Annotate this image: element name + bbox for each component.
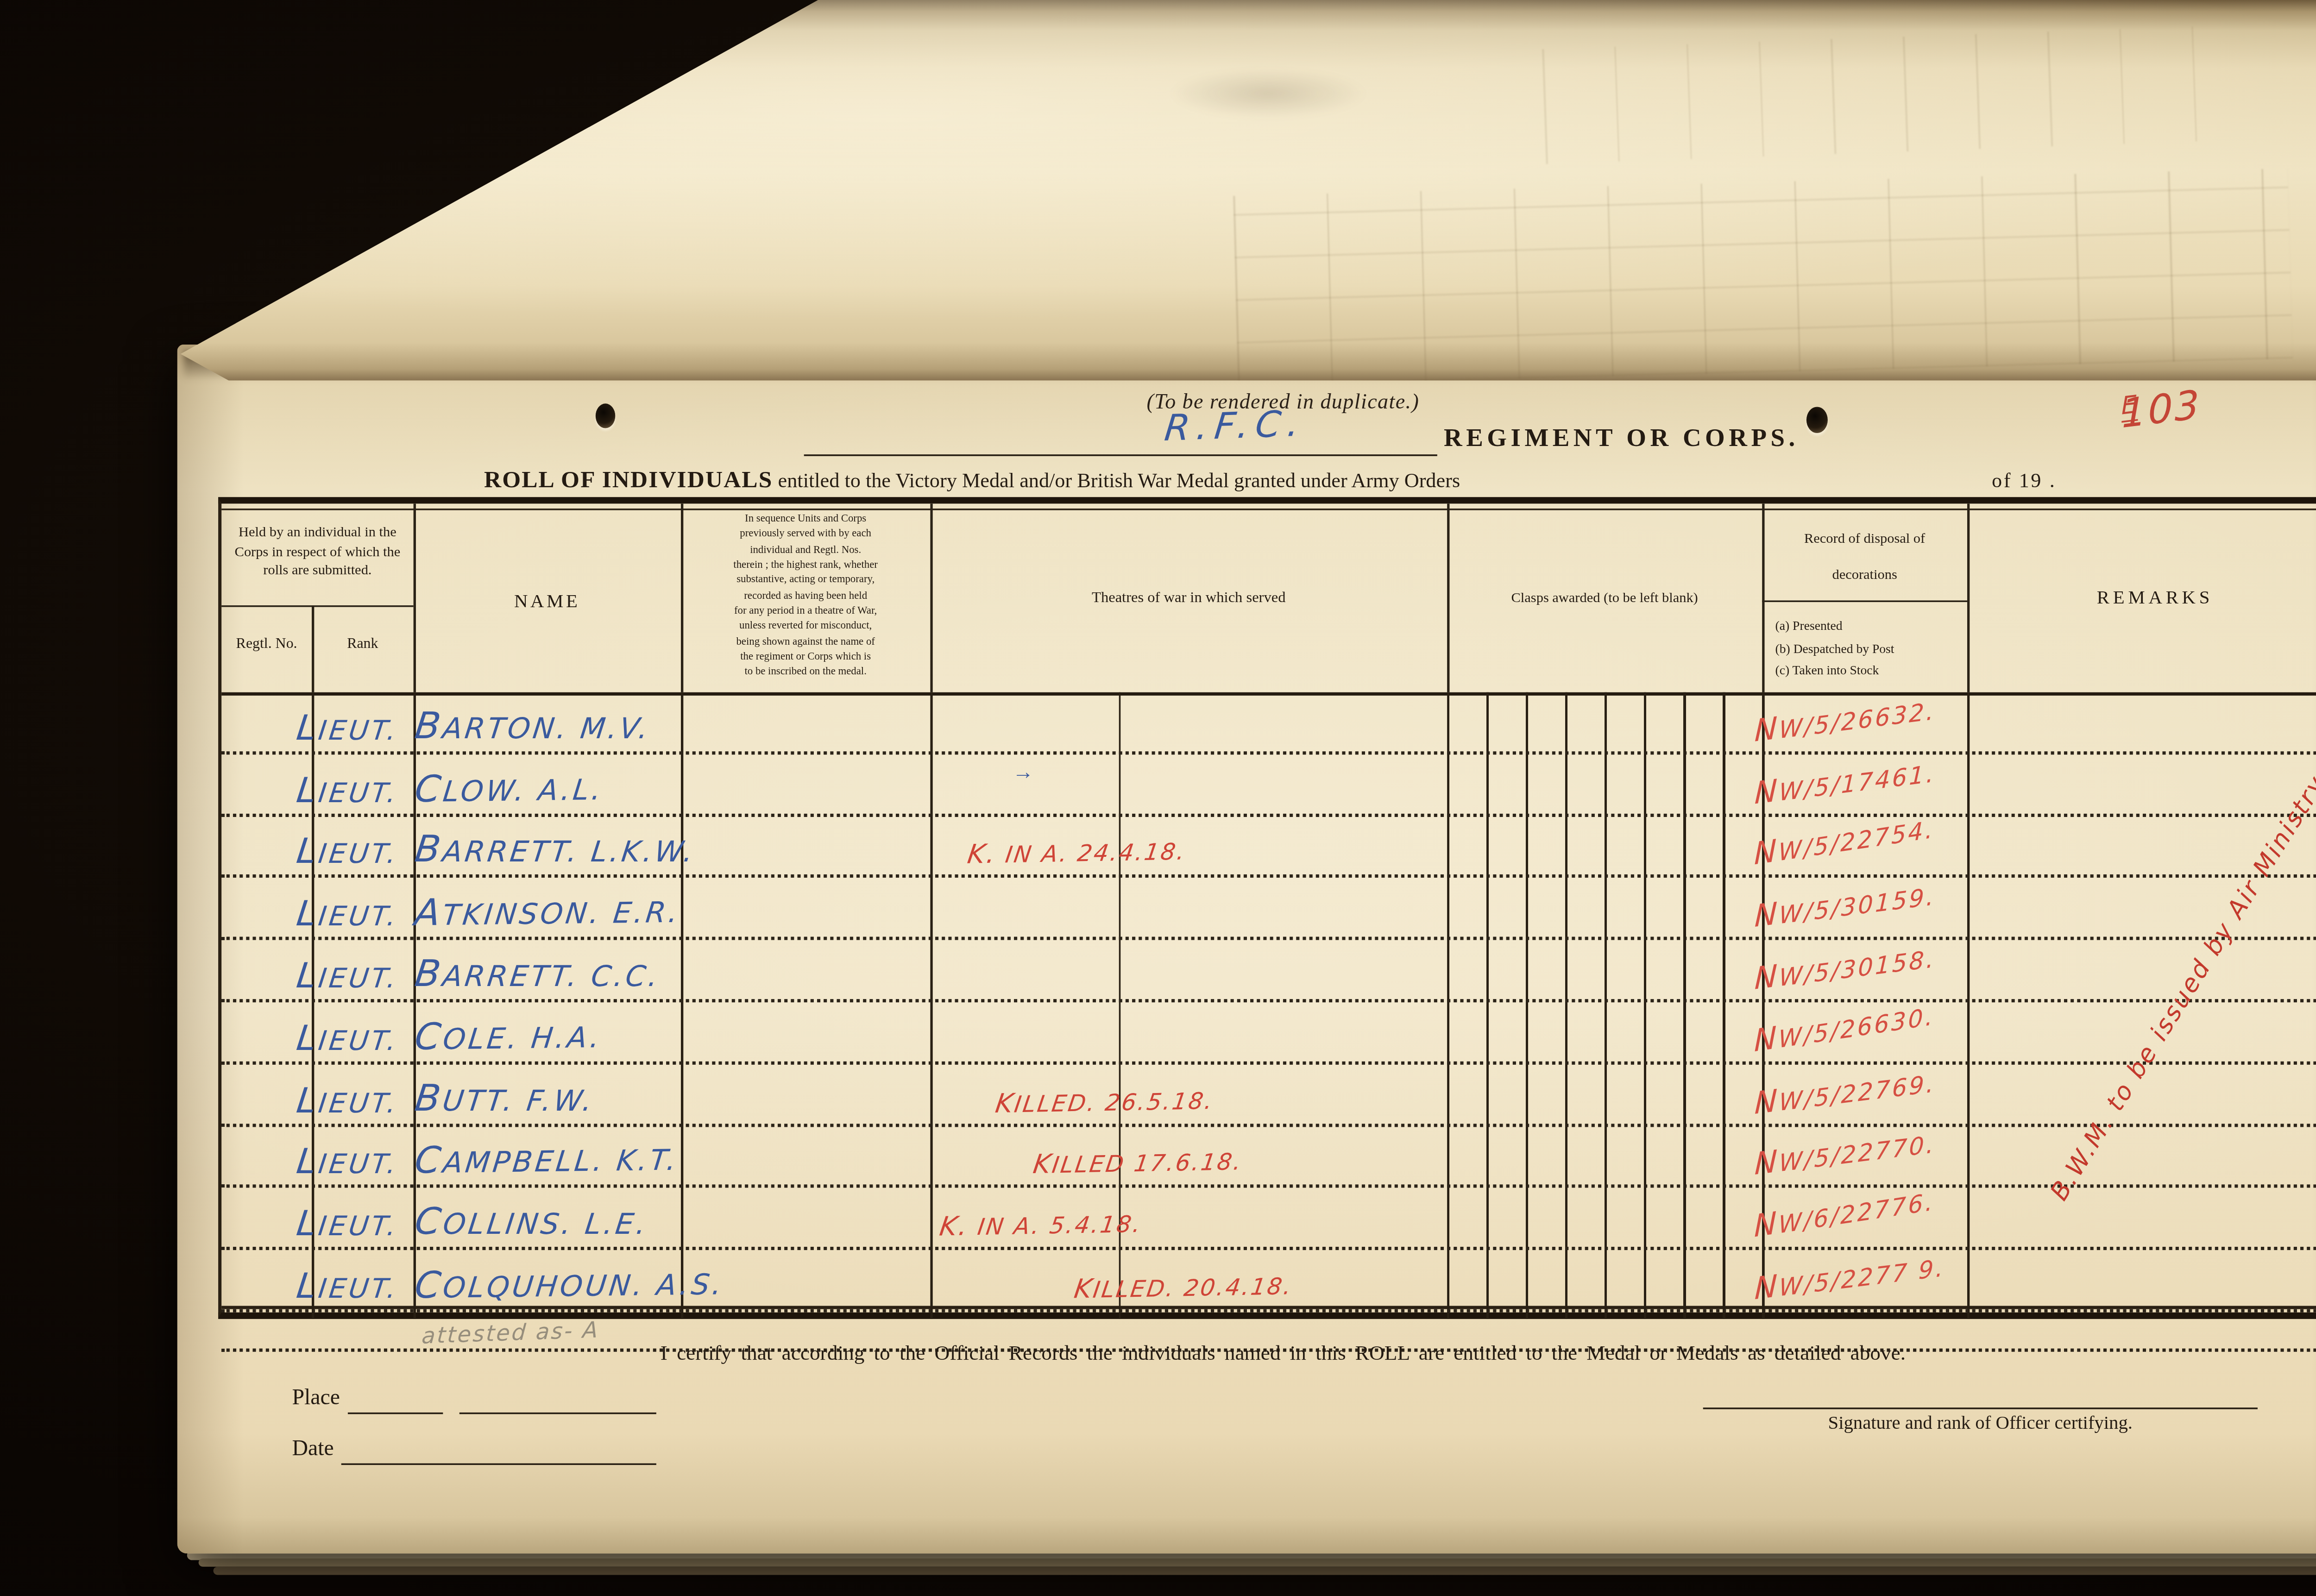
row-casualty-note: Killed 17.6.18. (1031, 1145, 1245, 1180)
row-disposal-number: NW/5/22770. (1754, 1126, 1936, 1183)
roll-title-rest: entitled to the Victory Medal and/or Bri… (773, 469, 1460, 492)
held-by-heading: Held by an individual in the Corps in re… (228, 523, 407, 580)
row-rank: Lieut. (295, 1079, 402, 1120)
corps-handwritten-value: R.F.C. (1163, 404, 1308, 450)
row-disposal-number: NW/6/22776. (1754, 1184, 1935, 1246)
roll-row-1: Lieut. Barton. M.V. NW/5/26632. (221, 692, 2316, 754)
sheet-number-value: 103 (2121, 382, 2201, 438)
corps-underline (804, 454, 1437, 456)
row-disposal-number: NW/5/17461. (1754, 754, 1936, 811)
row-name: Barton. M.V. (412, 705, 653, 748)
roll-title: ROLL OF INDIVIDUALS entitled to the Vict… (484, 466, 2125, 496)
row-casualty-note: Killed. 26.5.18. (994, 1083, 1216, 1118)
row-name: Collins. L.E. (412, 1201, 651, 1244)
row-rank: Lieut. (295, 955, 402, 996)
row-disposal-number: NW/5/22754. (1754, 811, 1935, 873)
date-label: Date (292, 1435, 334, 1462)
rank-column-label: Rank (312, 635, 414, 651)
medal-roll-page: OFF/168 (To be rendered in duplicate.) R… (177, 345, 2316, 1554)
disposal-heading-line2: decorations (1762, 566, 1967, 582)
page-stack-edge (199, 1558, 2316, 1567)
disposal-heading-line1: Record of disposal of (1762, 530, 1967, 546)
row-casualty-note: K. in A. 24.4.18. (965, 836, 1188, 870)
punch-hole-left (596, 403, 616, 428)
signature-blank-line (1703, 1407, 2258, 1409)
row-rank: Lieut. (295, 831, 402, 872)
date-blank-line (341, 1464, 656, 1465)
row-disposal-number: NW/5/2277 9. (1754, 1249, 1946, 1307)
disposal-items: (a) Presented (b) Despatched by Post (c)… (1775, 615, 1967, 681)
punch-hole-right (1806, 407, 1828, 433)
place-label: Place (292, 1385, 340, 1411)
place-blank-line (459, 1413, 656, 1414)
roll-row-3: Lieut. Barrett. L.K.W. K. in A. 24.4.18.… (221, 817, 2316, 879)
ghost-ledger-columns (1234, 169, 2293, 387)
roll-row-4: Lieut. Atkinson. E.R. NW/5/30159. (221, 878, 2316, 940)
regtl-no-column-label: Regtl. No. (221, 635, 312, 651)
row-name: Barrett. L.K.W. (412, 829, 698, 872)
ghost-ledger-columns (1542, 26, 2205, 163)
row-rank: Lieut. (295, 1203, 402, 1244)
units-note-heading: In sequence Units and Corps previously s… (684, 512, 927, 680)
row-disposal-number: NW/5/26630. (1754, 998, 1935, 1060)
row-disposal-number: NW/5/30159. (1754, 878, 1936, 935)
place-blank-line (348, 1413, 443, 1414)
roll-row-2: Lieut. Clow. A.L. → NW/5/17461. (221, 754, 2316, 817)
row-name: Colquhoun. A.S. (413, 1261, 727, 1307)
signature-label: Signature and rank of Officer certifying… (1703, 1414, 2258, 1434)
row-name: Clow. A.L. (413, 766, 606, 811)
curled-page-top (181, 0, 2316, 381)
certification-statement: I certify that according to the Official… (177, 1342, 2316, 1366)
roll-row-8: Lieut. Campbell. K.T. Killed 17.6.18. NW… (221, 1126, 2316, 1188)
roll-row-7: Lieut. Butt. F.W. Killed. 26.5.18. NW/5/… (221, 1064, 2316, 1126)
of-pages-label: of 19 . (1992, 469, 2056, 494)
row-name: Atkinson. E.R. (413, 890, 683, 936)
paper-smudge (1170, 69, 1367, 118)
row-disposal-number: NW/5/30158. (1754, 940, 1936, 997)
row-rank: Lieut. (295, 769, 402, 810)
row-rank: Lieut. (295, 893, 402, 934)
row-name: Cole. H.A. (413, 1014, 604, 1059)
theatres-column-label: Theatres of war in which served (930, 589, 1447, 605)
row-rank: Lieut. (295, 707, 402, 748)
name-column-label: NAME (414, 592, 681, 612)
sheet-number: 103E (2121, 389, 2139, 439)
table-header: Held by an individual in the Corps in re… (221, 503, 2316, 695)
row-casualty-note: K. in A. 5.4.18. (938, 1207, 1144, 1242)
row-disposal-number: NW/5/22769. (1754, 1064, 1936, 1121)
row-disposal-number: NW/5/26632. (1754, 692, 1936, 749)
row-arrow-mark: → (1012, 759, 1033, 785)
row-name: Butt. F.W. (412, 1077, 597, 1120)
row-name: Barrett. C.C. (412, 953, 663, 996)
roll-row-5: Lieut. Barrett. C.C. NW/5/30158. (221, 940, 2316, 1002)
book-photo-stage: OFF/168 (To be rendered in duplicate.) R… (0, 0, 2316, 1596)
page-stack-edge (213, 1567, 2316, 1575)
row-rank: Lieut. (295, 1141, 402, 1182)
roll-rows: Lieut. Barton. M.V. NW/5/26632. Lieut. C… (221, 692, 2316, 1319)
row-name: Campbell. K.T. (413, 1137, 681, 1183)
row-rank: Lieut. (295, 1265, 402, 1306)
roll-title-lead: ROLL OF INDIVIDUALS (484, 467, 773, 494)
regiment-or-corps-label: REGIMENT OR CORPS. (1444, 425, 1799, 454)
roll-row-6: Lieut. Cole. H.A. NW/5/26630. (221, 1002, 2316, 1064)
medal-roll-table: Held by an individual in the Corps in re… (218, 497, 2316, 1319)
row-rank: Lieut. (295, 1017, 402, 1058)
clasps-column-label: Clasps awarded (to be left blank) (1455, 589, 1754, 605)
roll-row-9: Lieut. Collins. L.E. K. in A. 5.4.18. NW… (221, 1188, 2316, 1250)
remarks-column-label: REMARKS (1967, 589, 2316, 609)
row-casualty-note: Killed. 20.4.18. (1072, 1269, 1295, 1304)
table-body: Lieut. Barton. M.V. NW/5/26632. Lieut. C… (221, 692, 2316, 1319)
